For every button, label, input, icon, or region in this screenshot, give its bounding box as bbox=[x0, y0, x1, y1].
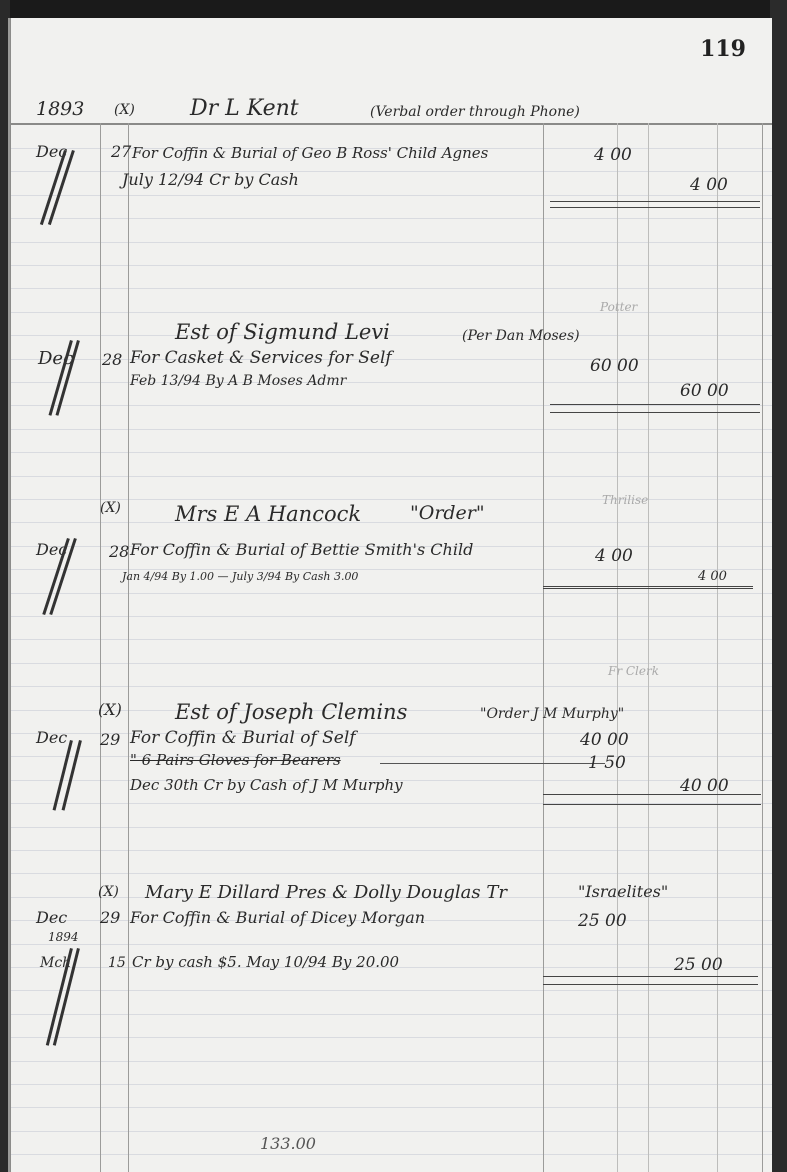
entry-month: Dec bbox=[36, 908, 67, 927]
ledger-rule bbox=[10, 1037, 772, 1038]
account-note: "Israelites" bbox=[578, 882, 668, 901]
total-rule bbox=[550, 412, 760, 413]
ledger-rule bbox=[10, 827, 772, 828]
entry-day: 28 bbox=[109, 542, 129, 561]
ledger-rule bbox=[10, 1107, 772, 1108]
ledger-rule bbox=[10, 452, 772, 453]
ledger-rule bbox=[10, 476, 772, 477]
account-note: "Order" bbox=[410, 502, 485, 524]
entry-line: For Coffin & Burial of Geo B Ross' Child… bbox=[132, 144, 488, 162]
credit-amount: 4 00 bbox=[690, 175, 728, 195]
ledger-rule bbox=[10, 686, 772, 687]
entry-year: 1893 bbox=[36, 98, 84, 120]
ledger-rule bbox=[10, 1131, 772, 1132]
margin-note: Fr Clerk bbox=[608, 664, 659, 678]
ledger-rule bbox=[10, 639, 772, 640]
entry-line: For Coffin & Burial of Bettie Smith's Ch… bbox=[130, 540, 473, 559]
total-rule bbox=[543, 794, 761, 795]
total-rule bbox=[550, 201, 760, 202]
credit-amount: 60 00 bbox=[680, 381, 729, 401]
entry-line: Dec 30th Cr by Cash of J M Murphy bbox=[130, 776, 403, 794]
total-rule bbox=[550, 404, 760, 405]
debit-amount: 60 00 bbox=[590, 356, 639, 376]
entry-mark: (X) bbox=[98, 700, 122, 719]
paid-mark bbox=[62, 740, 82, 811]
credit-amount: 25 00 bbox=[674, 955, 723, 975]
account-name: Mrs E A Hancock bbox=[175, 502, 361, 526]
entry-line: For Casket & Services for Self bbox=[130, 348, 392, 368]
ledger-rule bbox=[10, 288, 772, 289]
entry-mark: (X) bbox=[98, 884, 119, 900]
entry-day: 29 bbox=[100, 908, 120, 927]
total-rule bbox=[543, 976, 758, 977]
column-line-month bbox=[100, 123, 101, 1172]
column-line-credit bbox=[648, 123, 649, 1172]
ledger-page: 119 1893 (X) Dr L Kent (Verbal order thr… bbox=[8, 18, 772, 1172]
page-edge bbox=[770, 0, 787, 1172]
credit-amount: 40 00 bbox=[680, 776, 729, 796]
entry-line: Jan 4/94 By 1.00 — July 3/94 By Cash 3.0… bbox=[122, 570, 358, 583]
ledger-rule bbox=[10, 756, 772, 757]
account-note: "Order J M Murphy" bbox=[480, 706, 624, 722]
margin-note: Potter bbox=[600, 300, 637, 314]
margin-line bbox=[10, 18, 11, 1172]
entry-day: 27 bbox=[111, 142, 131, 161]
ledger-rule bbox=[10, 733, 772, 734]
header-rule bbox=[10, 123, 772, 125]
ledger-rule bbox=[10, 1061, 772, 1062]
ledger-rule bbox=[10, 1084, 772, 1085]
column-line-debit-cents bbox=[617, 123, 618, 1172]
account-name: Mary E Dillard Pres & Dolly Douglas Tr bbox=[145, 882, 507, 903]
entry-line: For Coffin & Burial of Dicey Morgan bbox=[130, 908, 425, 927]
ledger-rule bbox=[10, 1014, 772, 1015]
credit-amount: 4 00 bbox=[698, 569, 727, 584]
ledger-rule bbox=[10, 312, 772, 313]
ledger-rule bbox=[10, 944, 772, 945]
ledger-rule bbox=[10, 616, 772, 617]
entry-mark: (X) bbox=[100, 500, 121, 516]
debit-amount: 4 00 bbox=[595, 546, 633, 566]
debit-amount: 1 50 bbox=[588, 753, 626, 773]
strike-rule bbox=[380, 763, 605, 764]
total-rule bbox=[550, 207, 760, 208]
ledger-rule bbox=[10, 242, 772, 243]
ledger-rule bbox=[10, 873, 772, 874]
entry-mark: (X) bbox=[114, 102, 135, 118]
account-note: (Verbal order through Phone) bbox=[370, 104, 580, 120]
ledger-rule bbox=[10, 218, 772, 219]
entry-line: Cr by cash $5. May 10/94 By 20.00 bbox=[132, 953, 399, 971]
debit-amount: 25 00 bbox=[578, 911, 627, 931]
ledger-rule bbox=[10, 850, 772, 851]
ledger-rule bbox=[10, 990, 772, 991]
ledger-rule bbox=[10, 593, 772, 594]
entry-day: 29 bbox=[100, 730, 120, 749]
entry-line: For Coffin & Burial of Self bbox=[130, 728, 356, 748]
page-number: 119 bbox=[700, 36, 746, 62]
page-total: 133.00 bbox=[260, 1134, 316, 1153]
total-rule bbox=[543, 984, 758, 985]
margin-note: Thrilise bbox=[602, 493, 648, 507]
column-line-debit bbox=[543, 123, 544, 1172]
account-name: Est of Joseph Clemins bbox=[175, 700, 407, 724]
entry-line: Feb 13/94 By A B Moses Admr bbox=[130, 373, 346, 389]
column-line-day bbox=[128, 123, 129, 1172]
entry-month: Dec bbox=[36, 728, 67, 747]
ledger-rule bbox=[10, 522, 772, 523]
total-rule bbox=[543, 588, 753, 589]
ledger-rule bbox=[10, 382, 772, 383]
column-line-credit-cents bbox=[717, 123, 718, 1172]
entry-line-struck: " 6 Pairs Gloves for Bearers bbox=[130, 751, 341, 769]
debit-amount: 40 00 bbox=[580, 730, 629, 750]
account-name: Dr L Kent bbox=[190, 96, 299, 121]
total-rule bbox=[543, 804, 761, 805]
ledger-rule bbox=[10, 499, 772, 500]
column-line-right bbox=[762, 123, 763, 1172]
ledger-rule bbox=[10, 429, 772, 430]
entry-day: 15 bbox=[108, 955, 126, 971]
ledger-rule bbox=[10, 195, 772, 196]
ledger-rule bbox=[10, 335, 772, 336]
entry-line: July 12/94 Cr by Cash bbox=[122, 170, 299, 189]
entry-day: 28 bbox=[102, 350, 122, 369]
ledger-rule bbox=[10, 265, 772, 266]
total-rule bbox=[543, 586, 753, 587]
account-name: Est of Sigmund Levi bbox=[175, 320, 390, 344]
ledger-rule bbox=[10, 405, 772, 406]
ledger-rule bbox=[10, 1154, 772, 1155]
account-note: (Per Dan Moses) bbox=[462, 328, 580, 344]
entry-year: 1894 bbox=[48, 930, 79, 944]
debit-amount: 4 00 bbox=[594, 145, 632, 165]
